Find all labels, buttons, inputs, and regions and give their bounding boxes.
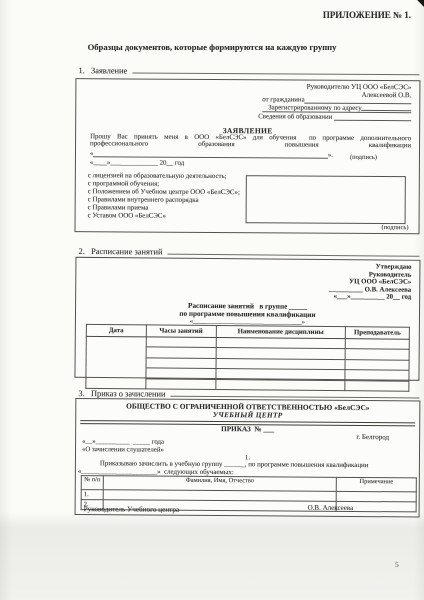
scan-artifact-corner — [416, 0, 424, 7]
order-footer-left: Руководитель Учебного центра — [84, 505, 180, 514]
program-name-blank: « ». — [90, 150, 333, 159]
education-field: Сведения об образовании — [258, 113, 411, 121]
schedule-heading-label: 2. Расписание занятий — [79, 247, 163, 257]
empty-cell — [345, 380, 409, 391]
approval-line: «___»__________ 20__ год — [329, 293, 411, 301]
empty-cell — [345, 339, 409, 350]
empty-cell — [345, 370, 409, 381]
empty-cell — [146, 378, 216, 389]
acquainted-item: с Уставом ООО «БелСЭС» — [88, 213, 240, 222]
order-form-box: ОБЩЕСТВО С ОГРАНИЧЕННОЙ ОТВЕТСТВЕННОСТЬЮ… — [75, 398, 421, 517]
blank-line — [334, 119, 411, 120]
signature-caption-1: (подпись) — [350, 154, 377, 162]
application-heading-label: 1. Заявление — [78, 66, 127, 75]
order-footer-right: О.В. Алексеева — [308, 504, 354, 512]
page-title: Образцы документов, которые формируются … — [0, 42, 424, 52]
application-form-box: Руководителю УЦ ООО «БелСЭС» Алексеевой … — [75, 78, 421, 234]
signature-box — [246, 175, 406, 224]
empty-cell — [215, 379, 345, 391]
empty-cell — [146, 347, 216, 358]
blank-line — [93, 156, 327, 158]
approval-block: Утверждаю Руководитель УЦ ООО «БелСЭС» _… — [329, 263, 412, 302]
empty-cell — [345, 349, 409, 360]
order-city: г. Белгород — [356, 433, 389, 441]
application-heading: 1. Заявление — [78, 66, 419, 77]
empty-cell — [336, 491, 416, 502]
order-date-blank: «__»__________ _____ года — [82, 438, 164, 446]
col-number: № п/п — [81, 476, 103, 490]
col-note: Примечание — [336, 477, 416, 492]
quote-close: ». — [328, 152, 333, 160]
application-body: Прошу Вас принять меня в ООО «БелСЭС» дл… — [90, 133, 411, 150]
schedule-table: Дата Часы занятий Наименование дисциплин… — [85, 324, 410, 392]
section-order: 3. Приказ о зачислении ОБЩЕСТВО С ОГРАНИ… — [0, 389, 424, 520]
section-application: 1. Заявление Руководителю УЦ ООО «БелСЭС… — [0, 66, 424, 237]
col-hours: Часы занятий — [146, 325, 216, 338]
application-date-blank: «____»______________ 20__ год — [90, 159, 184, 167]
section-schedule: 2. Расписание занятий Утверждаю Руководи… — [0, 246, 424, 382]
education-label: Сведения об образовании — [258, 113, 334, 121]
heading-rule — [167, 254, 419, 257]
heading-rule — [132, 73, 419, 76]
col-discipline: Наименование дисциплины — [216, 326, 346, 339]
org-subtitle: УЧЕБНЫЙ ЦЕНТР — [76, 410, 419, 420]
schedule-form-box: Утверждаю Руководитель УЦ ООО «БелСЭС» _… — [74, 257, 420, 381]
page-number: 5 — [395, 560, 399, 569]
empty-cell — [345, 359, 409, 370]
appendix-label: ПРИЛОЖЕНИЕ № 1. — [323, 10, 411, 20]
col-teacher: Преподаватель — [345, 327, 409, 340]
empty-cell — [86, 336, 146, 388]
signature-caption-2: (подпись) — [382, 224, 409, 231]
addressee-line-1: Руководителю УЦ ООО «БелСЭС» — [307, 83, 412, 92]
scanned-document-page: { "page": { "appendix": "ПРИЛОЖЕНИЕ № 1.… — [0, 0, 424, 600]
empty-cell — [146, 337, 216, 348]
empty-cell — [146, 368, 216, 379]
acquainted-list: с лицензией на образовательную деятельно… — [88, 172, 240, 221]
row-number-cell: 1. — [81, 490, 103, 500]
empty-cell — [146, 358, 216, 369]
col-date: Дата — [86, 324, 146, 337]
applicant-fields: от гражданина Зарегистрированному по адр… — [262, 96, 411, 121]
